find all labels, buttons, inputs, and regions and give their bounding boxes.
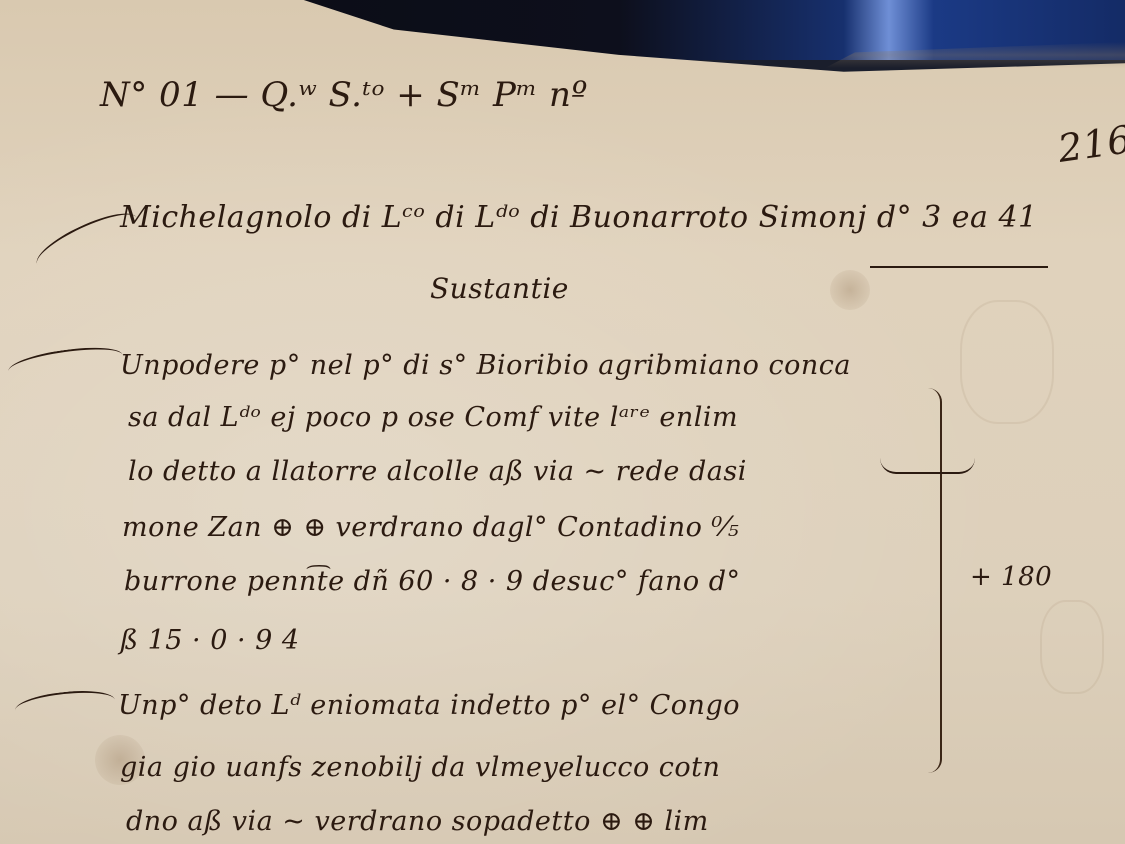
entry-1-line-2: sa dal Lᵈᵒ ej poco p ose Comf vite lᵃʳᵉ … <box>128 402 738 433</box>
entry-1-line-1: Unpodere p° nel p° di s° Bioribio agribm… <box>120 350 851 381</box>
entry-2-line-3: dno aß via ~ verdrano sopadetto ⊕ ⊕ lim <box>126 806 709 837</box>
entry-2-line-2: gia gio uanfs zenobilj da vlmeyelucco co… <box>120 752 720 783</box>
entry-1-line-5: burrone penn͡te dñ 60 · 8 · 9 desuc° fan… <box>124 566 741 597</box>
title-underline <box>870 266 1048 268</box>
entry-1-line-4: mone Zan ⊕ ⊕ verdrano dagl° Contadino ⁰⁄… <box>122 512 739 543</box>
bleed-through-mark <box>1040 600 1104 694</box>
header-line: N° 01 — Q.ʷ S.ᵗᵒ + Sᵐ Pᵐ nº <box>100 75 588 115</box>
entry-1-line-6: ß 15 · 0 · 9 4 <box>120 625 300 656</box>
entry-bracket <box>928 388 942 773</box>
entry-2-line-1: Unp° deto Lᵈ eniomata indetto p° el° Con… <box>118 690 740 721</box>
bleed-through-mark <box>960 300 1054 424</box>
ink-stain <box>830 270 870 310</box>
folio-number: 216 <box>1055 117 1125 171</box>
bracket-tail <box>880 458 975 474</box>
entry-1-line-3: lo detto a llatorre alcolle aß via ~ red… <box>128 456 747 487</box>
margin-value: + 180 <box>970 562 1052 592</box>
section-heading: Sustantie <box>430 272 569 305</box>
title-line: Michelagnolo di Lᶜᵒ di Lᵈᵒ di Buonarroto… <box>120 200 1038 235</box>
